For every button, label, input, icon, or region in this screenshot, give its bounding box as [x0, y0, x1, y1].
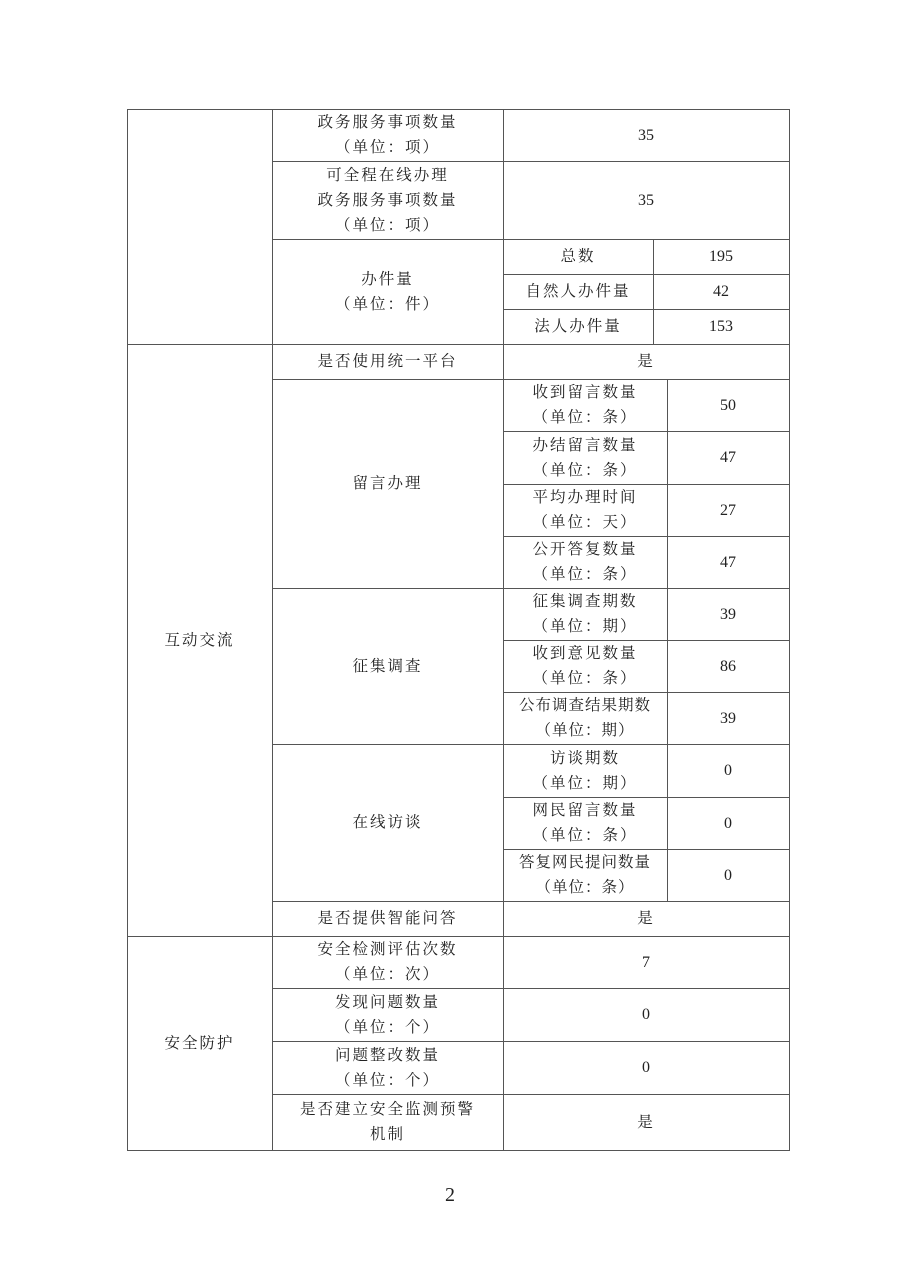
- table-border-top: [127, 109, 790, 110]
- row-divider: [503, 797, 790, 798]
- row-divider: [503, 640, 790, 641]
- row-divider: [272, 1094, 790, 1095]
- sub-value: 42: [653, 274, 789, 309]
- row-divider: [272, 379, 790, 380]
- row-label: 是否提供智能问答: [272, 901, 503, 936]
- column-divider: [272, 109, 273, 1151]
- page-number: 2: [0, 1184, 900, 1207]
- category-cell-interaction: 互动交流: [127, 344, 272, 936]
- sub-value: 0: [667, 797, 789, 849]
- row-value: 7: [503, 936, 789, 988]
- group-label-messages: 留言办理: [272, 379, 503, 588]
- row-divider: [503, 692, 790, 693]
- sub-value: 0: [667, 744, 789, 797]
- sub-value: 195: [653, 239, 789, 274]
- row-value: 是: [503, 344, 789, 379]
- sub-value: 47: [667, 536, 789, 588]
- sub-label: 收到留言数量 （单位：条）: [503, 379, 667, 431]
- sub-label: 收到意见数量 （单位：条）: [503, 640, 667, 692]
- row-divider: [503, 274, 790, 275]
- row-divider: [272, 744, 790, 745]
- sub-label: 自然人办件量: [503, 274, 653, 309]
- row-label: 可全程在线办理 政务服务事项数量 （单位：项）: [272, 161, 503, 239]
- row-divider: [272, 239, 790, 240]
- sub-label: 平均办理时间 （单位：天）: [503, 484, 667, 536]
- table-border-right: [789, 109, 790, 1151]
- sub-label: 总数: [503, 239, 653, 274]
- sub-label: 法人办件量: [503, 309, 653, 344]
- row-label: 安全检测评估次数 （单位：次）: [272, 936, 503, 988]
- row-divider: [272, 588, 790, 589]
- row-value: 35: [503, 161, 789, 239]
- row-divider: [272, 161, 790, 162]
- row-label: 政务服务事项数量 （单位：项）: [272, 109, 503, 161]
- sub-label: 公开答复数量 （单位：条）: [503, 536, 667, 588]
- row-label: 问题整改数量 （单位：个）: [272, 1041, 503, 1094]
- sub-value: 47: [667, 431, 789, 484]
- row-divider: [503, 849, 790, 850]
- sub-label: 网民留言数量 （单位：条）: [503, 797, 667, 849]
- group-label-surveys: 征集调查: [272, 588, 503, 744]
- row-divider: [503, 484, 790, 485]
- row-value: 0: [503, 1041, 789, 1094]
- sub-label: 访谈期数 （单位：期）: [503, 744, 667, 797]
- table-border-bottom: [127, 1150, 790, 1151]
- sub-value: 27: [667, 484, 789, 536]
- row-label: 是否建立安全监测预警 机制: [272, 1094, 503, 1150]
- row-value: 是: [503, 901, 789, 936]
- row-divider: [503, 431, 790, 432]
- row-value: 0: [503, 988, 789, 1041]
- table-border-left: [127, 109, 128, 1151]
- group-label-interviews: 在线访谈: [272, 744, 503, 901]
- row-value: 是: [503, 1094, 789, 1150]
- sub-value: 86: [667, 640, 789, 692]
- category-cell-security: 安全防护: [127, 936, 272, 1150]
- row-label: 发现问题数量 （单位：个）: [272, 988, 503, 1041]
- sub-value: 39: [667, 692, 789, 744]
- sub-label: 答复网民提问数量 （单位：条）: [503, 849, 667, 901]
- sub-value: 50: [667, 379, 789, 431]
- row-value: 35: [503, 109, 789, 161]
- row-label: 是否使用统一平台: [272, 344, 503, 379]
- category-cell-service: [127, 109, 272, 344]
- sub-label: 办结留言数量 （单位：条）: [503, 431, 667, 484]
- sub-value: 0: [667, 849, 789, 901]
- row-divider: [272, 901, 790, 902]
- sub-value: 39: [667, 588, 789, 640]
- column-divider: [653, 239, 654, 344]
- row-label: 办件量 （单位：件）: [272, 239, 503, 344]
- sub-label: 征集调查期数 （单位：期）: [503, 588, 667, 640]
- column-divider: [503, 109, 504, 1151]
- sub-label: 公布调查结果期数 （单位：期）: [503, 692, 667, 744]
- row-divider: [272, 1041, 790, 1042]
- row-divider: [503, 536, 790, 537]
- row-divider: [127, 344, 790, 345]
- row-divider: [127, 936, 790, 937]
- row-divider: [272, 988, 790, 989]
- row-divider: [503, 309, 790, 310]
- sub-value: 153: [653, 309, 789, 344]
